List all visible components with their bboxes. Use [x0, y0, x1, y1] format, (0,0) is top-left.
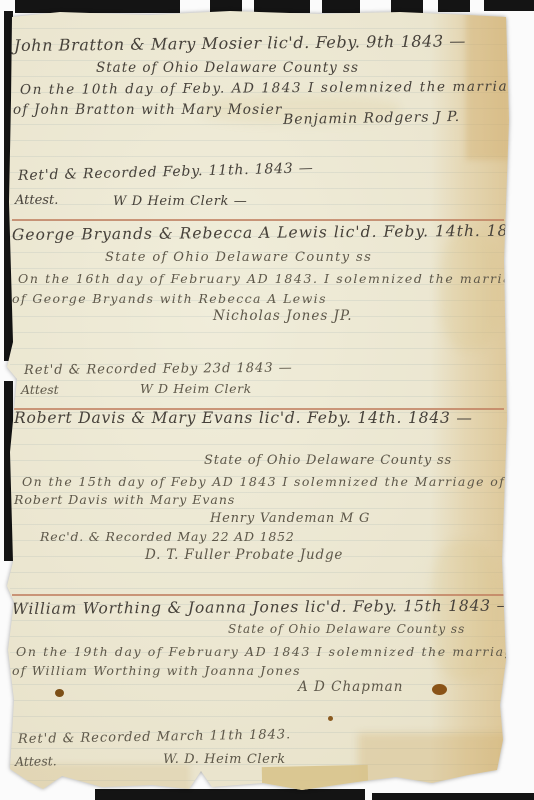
- couple-line: of George Bryands with Rebecca A Lewis: [12, 291, 327, 306]
- tape-repair-patch: [262, 765, 369, 793]
- ledger-page: 374 John Bratton & Mary Mosier lic'd. Fe…: [0, 0, 534, 800]
- solemnization-line: On the 15th day of Feby AD 1843 I solemn…: [22, 474, 505, 489]
- state-county-line: State of Ohio Delaware County ss: [228, 622, 465, 636]
- section-divider-rule: [12, 219, 504, 221]
- couple-line: of William Worthing with Joanna Jones: [12, 663, 301, 678]
- state-county-line: State of Ohio Delaware County ss: [204, 453, 452, 468]
- state-county-line: State of Ohio Delaware County ss: [96, 60, 359, 76]
- attest-label: Attest.: [15, 753, 57, 769]
- couple-line: Robert Davis with Mary Evans: [14, 492, 235, 507]
- officiant-signature: Benjamin Rodgers J P.: [283, 109, 460, 128]
- solemnization-line: On the 16th day of February AD 1843. I s…: [18, 271, 531, 286]
- officiant-signature: A D Chapman: [298, 679, 403, 695]
- clerk-signature: W D Heim Clerk —: [113, 194, 247, 209]
- scanned-marriage-record-page: 374 John Bratton & Mary Mosier lic'd. Fe…: [0, 0, 534, 800]
- clerk-signature: W. D. Heim Clerk: [163, 752, 286, 767]
- record-title: Robert Davis & Mary Evans lic'd. Feby. 1…: [14, 409, 473, 427]
- attest-label: Attest: [21, 382, 59, 397]
- record-title: William Worthing & Joanna Jones lic'd. F…: [12, 597, 513, 618]
- attest-label: Attest.: [15, 193, 58, 208]
- ink-showthrough: [440, 230, 500, 350]
- officiant-signature: Nicholas Jones JP.: [213, 308, 353, 324]
- ink-stain: [432, 684, 447, 695]
- officiant-signature: Henry Vandeman M G: [210, 511, 370, 526]
- ink-stain: [55, 689, 64, 697]
- ink-stain: [500, 757, 509, 761]
- recorded-line: Rec'd. & Recorded May 22 AD 1852: [40, 529, 295, 544]
- recorded-line: Ret'd & Recorded Feby 23d 1843 —: [24, 361, 293, 378]
- paper-wrapper: 374 John Bratton & Mary Mosier lic'd. Fe…: [0, 0, 534, 800]
- tanned-bottom-right: [358, 733, 510, 793]
- ink-stain: [328, 716, 333, 721]
- probate-judge-signature: D. T. Fuller Probate Judge: [145, 547, 343, 563]
- couple-line: of John Bratton with Mary Mosier: [13, 102, 283, 118]
- solemnization-line: On the 19th day of February AD 1843 I so…: [16, 644, 523, 659]
- page-number: 374: [7, 0, 41, 20]
- section-divider-rule: [12, 594, 504, 596]
- clerk-signature: W D Heim Clerk: [140, 381, 252, 396]
- state-county-line: State of Ohio Delaware County ss: [105, 250, 372, 265]
